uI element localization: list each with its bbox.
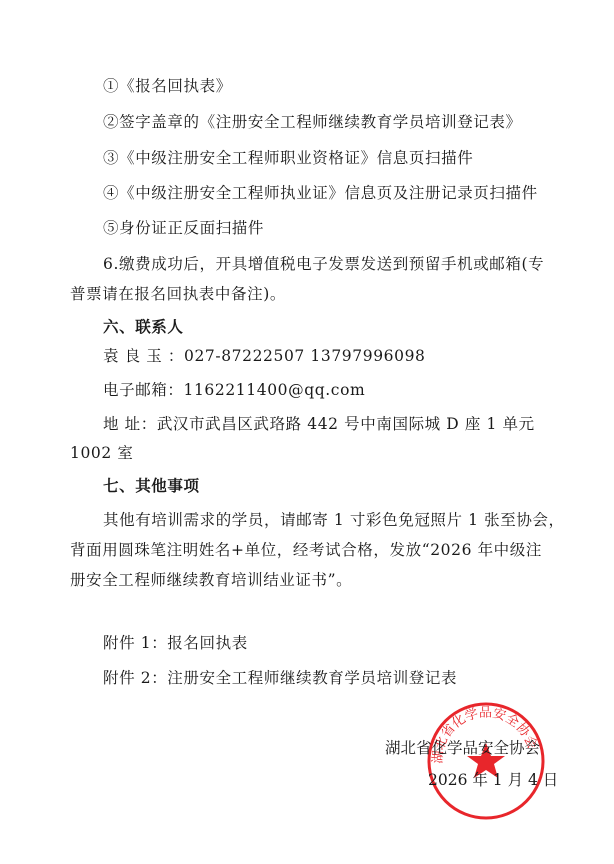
material-item-5: ⑤身份证正反面扫描件 xyxy=(103,218,264,238)
official-seal-icon: 湖北省化学品安全协会 xyxy=(425,700,547,822)
material-item-4: ④《中级注册安全工程师执业证》信息页及注册记录页扫描件 xyxy=(103,183,538,203)
section7-line1: 其他有培训需求的学员，请邮寄 1 寸彩色免冠照片 1 张至协会， xyxy=(103,510,565,530)
contact-email: 电子邮箱：1162211400@qq.com xyxy=(103,380,365,400)
signature-date: 2026 年 1 月 4 日 xyxy=(428,770,558,790)
section6-heading: 六、联系人 xyxy=(103,317,184,337)
item6-line2: 普票请在报名回执表中备注)。 xyxy=(70,284,286,304)
material-item-1: ①《报名回执表》 xyxy=(103,76,232,96)
material-item-3: ③《中级注册安全工程师职业资格证》信息页扫描件 xyxy=(103,148,473,168)
attachment-2: 附件 2：注册安全工程师继续教育学员培训登记表 xyxy=(103,668,457,688)
contact-person: 袁 良 玉 ：027-87222507 13797996098 xyxy=(103,346,426,366)
section7-line3: 册安全工程师继续教育培训结业证书”。 xyxy=(70,570,352,590)
section7-line2: 背面用圆珠笔注明姓名+单位，经考试合格，发放“2026 年中级注 xyxy=(70,540,542,560)
signature-org: 湖北省化学品安全协会 xyxy=(385,738,540,758)
material-item-2: ②签字盖章的《注册安全工程师继续教育学员培训登记表》 xyxy=(103,112,522,132)
attachment-1: 附件 1：报名回执表 xyxy=(103,633,248,653)
address-line1: 地 址：武汉市武昌区武珞路 442 号中南国际城 D 座 1 单元 xyxy=(103,414,535,434)
section7-heading: 七、其他事项 xyxy=(103,476,200,496)
item6-line1: 6.缴费成功后，开具增值税电子发票发送到预留手机或邮箱(专 xyxy=(103,254,544,274)
address-line2: 1002 室 xyxy=(70,443,133,463)
